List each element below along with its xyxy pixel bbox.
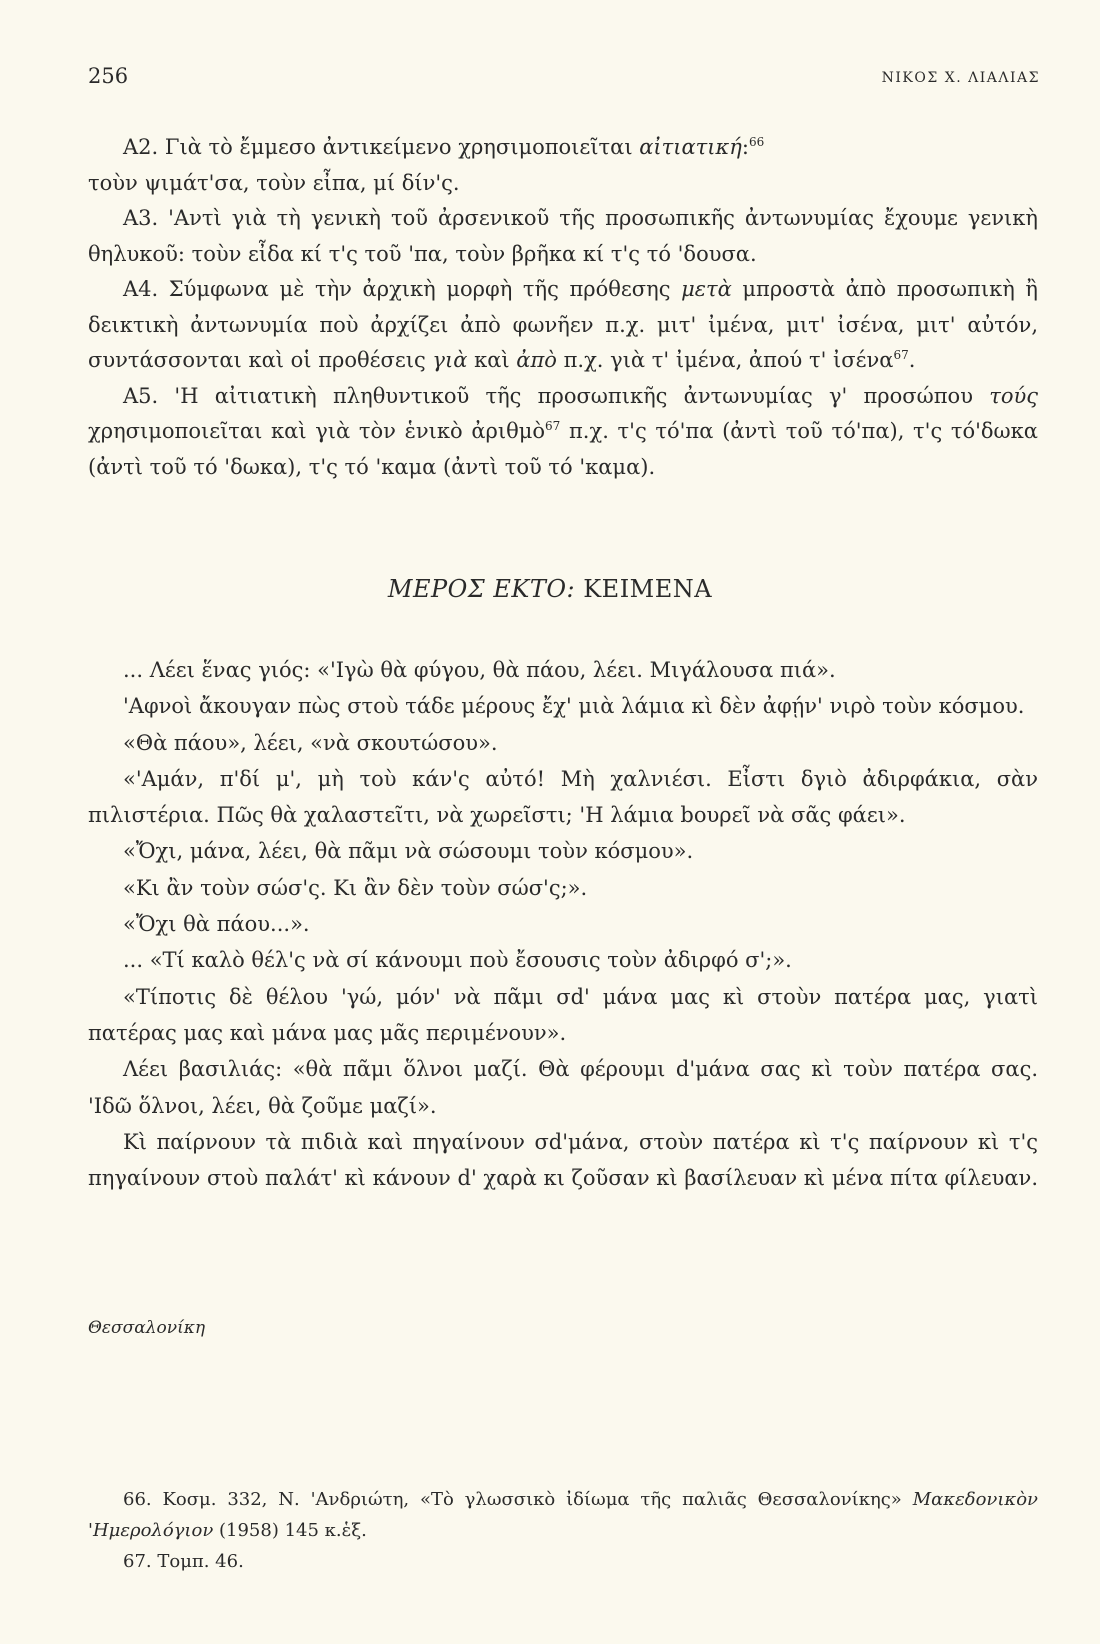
story-text: ... Λέει ἕνας γιός: «'Ιγὼ θὰ φύγου, θὰ π… — [88, 652, 1038, 1196]
note-a5-text: Α5. 'Η αἰτιατικὴ πληθυντικοῦ τῆς προσωπι… — [123, 384, 989, 408]
note-a4-italic: γιὰ — [432, 348, 467, 372]
footnote-ref-67[interactable]: 67 — [893, 348, 908, 362]
story-paragraph: «Τίποτις δὲ θέλου 'γώ, μόν' νὰ πᾶμι σd' … — [88, 979, 1038, 1052]
running-author: ΝΙΚΟΣ Χ. ΛΙΑΛΙΑΣ — [882, 70, 1040, 86]
note-a5: Α5. 'Η αἰτιατικὴ πληθυντικοῦ τῆς προσωπι… — [88, 379, 1038, 486]
book-page: 256 ΝΙΚΟΣ Χ. ΛΙΑΛΙΑΣ Α2. Γιὰ τὸ ἔμμεσο ἀ… — [0, 0, 1100, 1644]
note-a2-example: τοὺν ψιμάτ'σα, τοὺν εἶπα, μί δίν'ς. — [88, 166, 1038, 202]
note-a2-italic: αἰτιατική — [639, 135, 742, 159]
note-a2: Α2. Γιὰ τὸ ἔμμεσο ἀντικείμενο χρησιμοποι… — [88, 130, 1038, 166]
note-a4: Α4. Σύμφωνα μὲ τὴν ἀρχικὴ μορφὴ τῆς πρόθ… — [88, 272, 1038, 379]
note-a4-text: π.χ. γιὰ τ' ἰμένα, ἀπού τ' ἰσένα — [557, 348, 894, 372]
story-paragraph: 'Αφνοὶ ἄκουγαν πὼς στοὺ τάδε μέρους ἔχ' … — [88, 688, 1038, 724]
footnote-66-text: 66. Κοσμ. 332, Ν. 'Ανδριώτη, «Τὸ γλωσσικ… — [123, 1489, 913, 1510]
note-a3: Α3. 'Αντὶ γιὰ τὴ γενικὴ τοῦ ἀρσενικοῦ τῆ… — [88, 201, 1038, 272]
footnote-66-tail: (1958) 145 κ.ἑξ. — [213, 1520, 367, 1541]
section-title-italic: ΜΕΡΟΣ ΕΚΤΟ: — [388, 575, 575, 603]
story-paragraph: Κὶ παίρνουν τὰ πιδιὰ καὶ πηγαίνουν σd'μά… — [88, 1124, 1038, 1197]
grammar-notes: Α2. Γιὰ τὸ ἔμμεσο ἀντικείμενο χρησιμοποι… — [88, 130, 1038, 485]
note-a4-end: . — [909, 348, 916, 372]
footnote-ref-67[interactable]: 67 — [545, 419, 560, 433]
section-title: ΜΕΡΟΣ ΕΚΤΟ: ΚΕΙΜΕΝΑ — [0, 575, 1100, 603]
story-paragraph: ... Λέει ἕνας γιός: «'Ιγὼ θὰ φύγου, θὰ π… — [88, 652, 1038, 688]
note-a2-text: Α2. Γιὰ τὸ ἔμμεσο ἀντικείμενο χρησιμοποι… — [123, 135, 639, 159]
place-signature: Θεσσαλονίκη — [88, 1318, 205, 1338]
story-paragraph: «'Αμάν, π'δί μ', μὴ τοὺ κάν'ς αὐτό! Μὴ χ… — [88, 761, 1038, 834]
section-title-roman: ΚΕΙΜΕΝΑ — [575, 575, 712, 603]
footnote-66: 66. Κοσμ. 332, Ν. 'Ανδριώτη, «Τὸ γλωσσικ… — [88, 1484, 1038, 1546]
note-a5-italic: τούς — [989, 384, 1038, 408]
footnote-67: 67. Τομπ. 46. — [88, 1546, 1038, 1577]
note-a5-text: χρησιμοποιεῖται καὶ γιὰ τὸν ἑνικὸ ἀριθμὸ — [88, 419, 545, 443]
story-paragraph: ... «Τί καλὸ θέλ'ς νὰ σί κάνουμι ποὺ ἔσο… — [88, 942, 1038, 978]
story-paragraph: «Κι ἂν τοὺν σώσ'ς. Κι ἂν δὲν τοὺν σώσ'ς;… — [88, 870, 1038, 906]
story-paragraph: «Θὰ πάου», λέει, «νὰ σκουτώσου». — [88, 725, 1038, 761]
story-paragraph: «Ὄχι θὰ πάου...». — [88, 906, 1038, 942]
footnote-ref-66[interactable]: 66 — [749, 135, 764, 149]
note-a4-italic: μετὰ — [681, 277, 732, 301]
note-a2-colon: : — [742, 135, 749, 159]
note-a4-italic: ἀπὸ — [516, 348, 557, 372]
running-head: 256 ΝΙΚΟΣ Χ. ΛΙΑΛΙΑΣ — [88, 64, 1040, 94]
story-paragraph: «Ὄχι, μάνα, λέει, θὰ πᾶμι νὰ σώσουμι τοὺ… — [88, 833, 1038, 869]
note-a4-text: Α4. Σύμφωνα μὲ τὴν ἀρχικὴ μορφὴ τῆς πρόθ… — [123, 277, 681, 301]
story-paragraph: Λέει βασιλιάς: «θὰ πᾶμι ὅλνοι μαζί. Θὰ φ… — [88, 1051, 1038, 1124]
page-number: 256 — [88, 64, 128, 88]
footnotes: 66. Κοσμ. 332, Ν. 'Ανδριώτη, «Τὸ γλωσσικ… — [88, 1484, 1038, 1577]
note-a4-text: καὶ — [467, 348, 516, 372]
